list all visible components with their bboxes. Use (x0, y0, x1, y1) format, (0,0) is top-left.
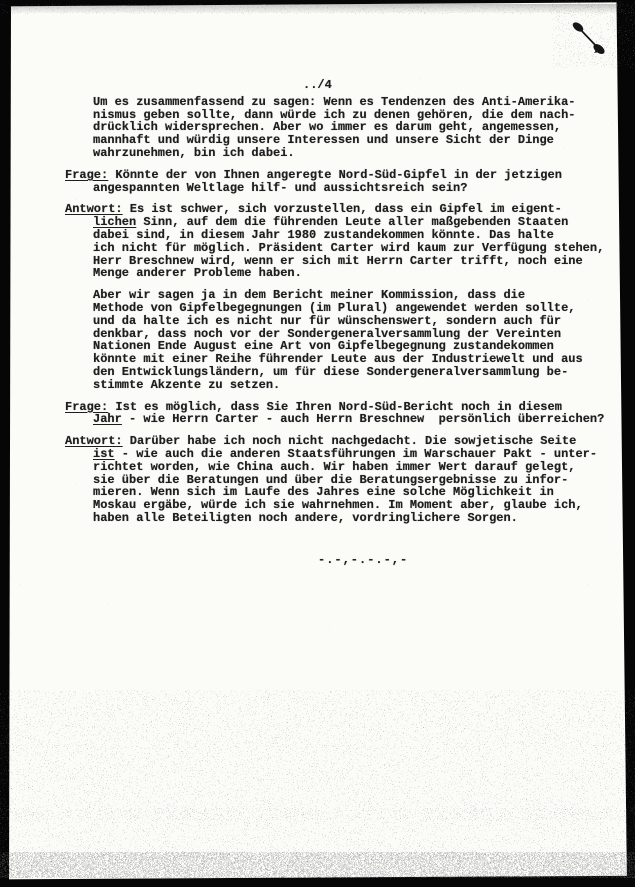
text-segment: Menge anderer Probleme haben. (93, 266, 302, 280)
qa-paragraph: Frage: Ist es möglich, dass Sie Ihren No… (65, 401, 621, 427)
text-segment: wahrzunehmen, bin ich dabei. (93, 146, 295, 160)
staple-icon (571, 20, 606, 55)
text-line: haben alle Beteiligten noch andere, vord… (65, 512, 621, 525)
scan-edge-left (0, 0, 11, 887)
page-number: ../4 (303, 79, 621, 92)
document-body: ../4 Um es zusammenfassend zu sagen: Wen… (65, 79, 621, 567)
text-segment: angespannten Weltlage hilf- und aussicht… (93, 181, 467, 195)
noise-lower-2 (0, 808, 635, 860)
text-segment: stimmte Akzente zu setzen. (93, 378, 280, 392)
scan-edge-bottom (0, 875, 635, 887)
text-line: Jahr - wie Herrn Carter - auch Herrn Bre… (65, 413, 621, 426)
underlined-text: Jahr (93, 412, 122, 426)
noise-bottom-edge (0, 852, 635, 878)
text-line: Menge anderer Probleme haben. (65, 267, 621, 280)
scanned-document-page: ../4 Um es zusammenfassend zu sagen: Wen… (0, 0, 635, 887)
paragraph: Um es zusammenfassend zu sagen: Wenn es … (65, 96, 621, 160)
text-segment: - wie Herrn Carter - auch Herrn Breschne… (122, 412, 604, 426)
end-separator: -.-,-.-.-,- (318, 554, 621, 567)
text-segment: haben alle Beteiligten noch andere, vord… (93, 511, 518, 525)
qa-paragraph: Frage: Könnte der von Ihnen angeregte No… (65, 169, 621, 195)
qa-paragraph: Antwort: Es ist schwer, sich vorzustelle… (65, 203, 621, 280)
text-line: stimmte Akzente zu setzen. (65, 379, 621, 392)
text-line: angespannten Weltlage hilf- und aussicht… (65, 182, 621, 195)
noise-lower (0, 690, 635, 820)
text-line: wahrzunehmen, bin ich dabei. (65, 147, 621, 160)
qa-paragraph: Antwort: Darüber habe ich noch nicht nac… (65, 435, 621, 525)
paragraph: Aber wir sagen ja in dem Bericht meiner … (65, 289, 621, 391)
